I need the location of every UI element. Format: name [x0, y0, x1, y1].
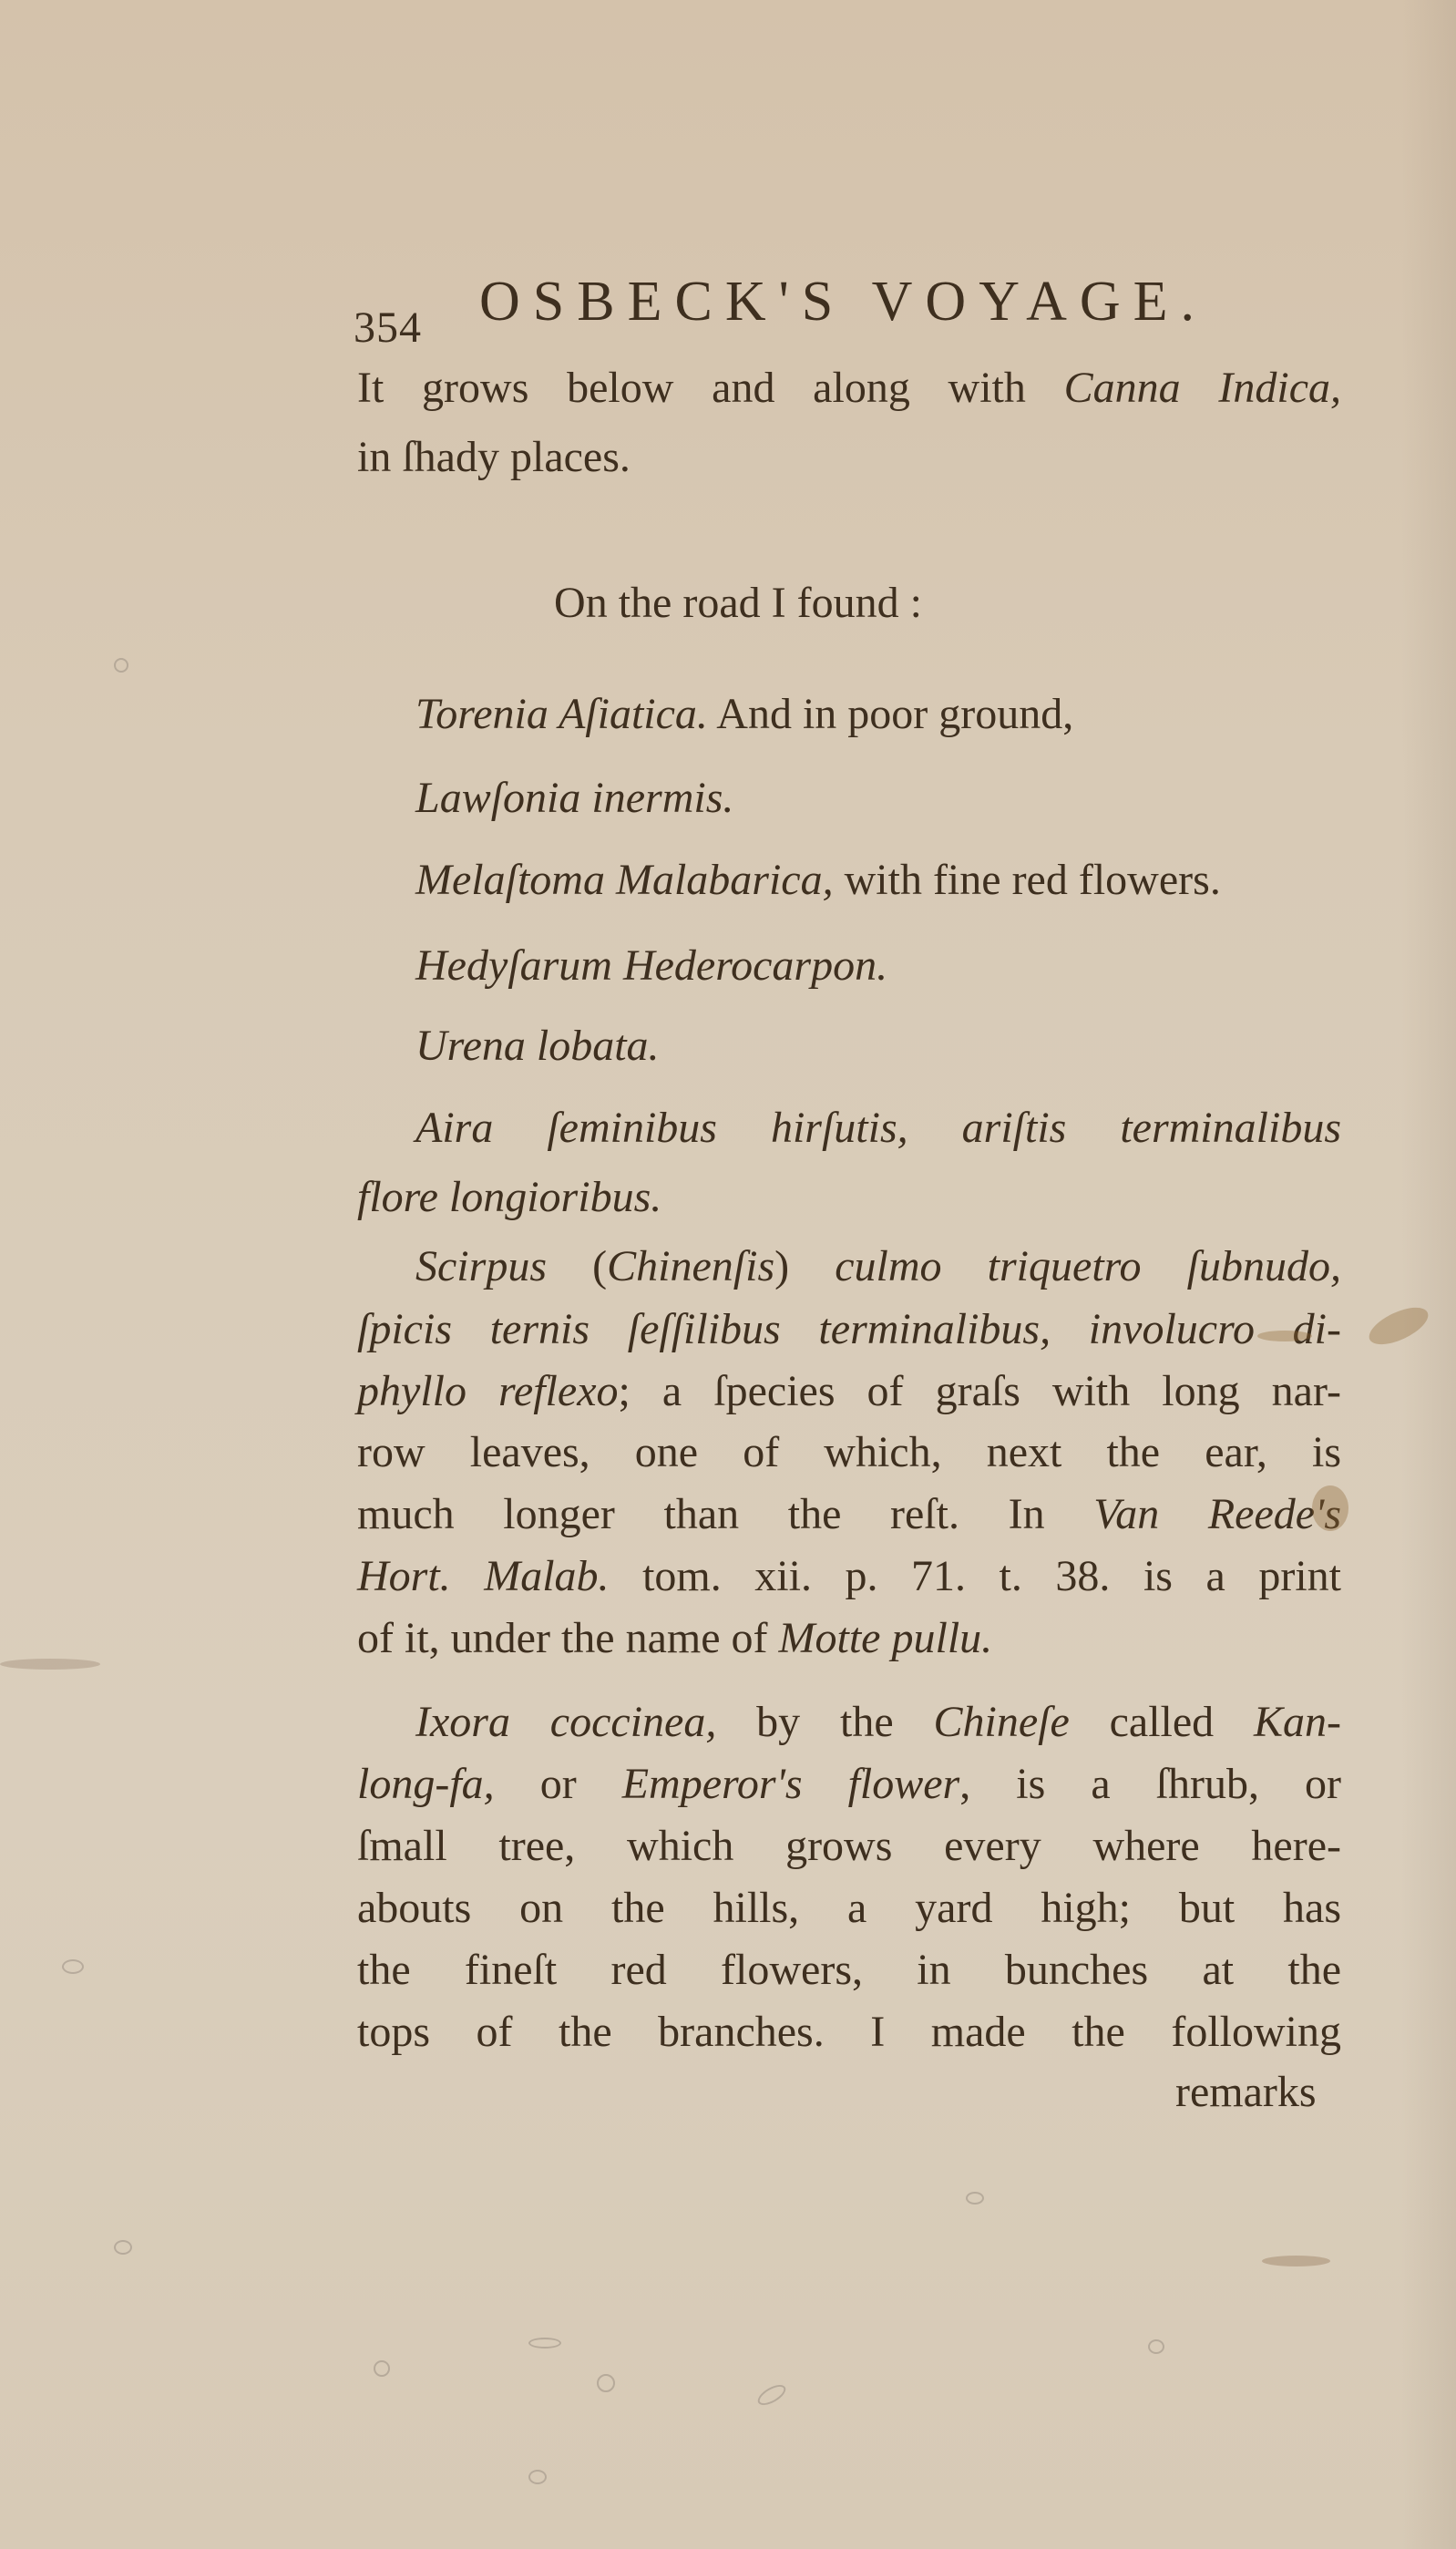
text-line: Scirpus (Chinenſis) culmo triquetro ſubn… [415, 1245, 1341, 1289]
text-line: Torenia Aſiatica. And in poor ground, [415, 693, 1073, 736]
paper-speck [374, 2360, 390, 2377]
text-line: ſmall tree, which grows every where here… [357, 1824, 1341, 1868]
roman-segment: much longer than the reſt. In [357, 1490, 1093, 1538]
roman-segment: tops of the branches. I made the followi… [357, 2008, 1341, 2056]
running-title: OSBECK'S VOYAGE. [479, 270, 1207, 334]
italic-segment: Chinenſis [607, 1242, 774, 1290]
text-line: Urena lobata. [415, 1024, 660, 1068]
italic-segment: flore longioribus. [357, 1173, 661, 1221]
text-line: phyllo reflexo; a ſpecies of graſs with … [357, 1370, 1341, 1413]
italic-segment: Emperor's flower [622, 1760, 960, 1808]
italic-segment: Canna Indica, [1064, 364, 1341, 412]
italic-segment: Torenia Aſiatica. [415, 690, 708, 738]
text-line: Lawſonia inermis. [415, 776, 733, 820]
italic-segment: ſpicis ternis ſeſſilibus terminalibus, i… [357, 1305, 1341, 1353]
text-line: flore longioribus. [357, 1176, 661, 1219]
catchword: remarks [1175, 2071, 1317, 2114]
paper-speck [528, 2338, 561, 2349]
roman-segment: abouts on the hills, a yard high; but ha… [357, 1884, 1341, 1932]
foxing-stain [1312, 1485, 1348, 1531]
roman-segment: by the [716, 1698, 933, 1746]
italic-segment: phyllo reflexo [357, 1367, 619, 1415]
text-line: Hort. Malab. tom. xii. p. 71. t. 38. is … [357, 1555, 1341, 1598]
text-line: row leaves, one of which, next the ear, … [357, 1431, 1341, 1475]
text-line: much longer than the reſt. In Van Reede'… [357, 1493, 1341, 1537]
italic-segment: culmo triquetro ſubnudo, [835, 1242, 1341, 1290]
italic-segment: long-fa, [357, 1760, 495, 1808]
text-line: in ſhady places. [357, 436, 631, 479]
text-line: ſpicis ternis ſeſſilibus terminalibus, i… [357, 1308, 1341, 1352]
edge-mark [0, 1659, 100, 1670]
roman-segment: or [495, 1760, 622, 1808]
paper-speck [1148, 2339, 1164, 2354]
ink-blot [1257, 1331, 1312, 1341]
text-line: Melaſtoma Malabarica, with fine red flow… [415, 858, 1221, 902]
roman-segment: with fine red flowers. [834, 856, 1221, 904]
text-line: Hedyſarum Hederocarpon. [415, 944, 887, 988]
page-edge-shadow [1401, 0, 1456, 2549]
italic-segment: Van Reede's [1093, 1490, 1341, 1538]
roman-segment: It grows below and along with [357, 364, 1064, 412]
italic-segment: Aira ſeminibus hirſutis, ariſtis termina… [415, 1104, 1341, 1152]
roman-segment: ) [774, 1242, 835, 1290]
roman-segment: ſmall tree, which grows every where here… [357, 1822, 1341, 1870]
paper-speck [597, 2374, 615, 2392]
roman-segment: ; a ſpecies of graſs with long nar- [619, 1367, 1341, 1415]
paper-speck [114, 658, 128, 673]
italic-segment: Hort. Malab. [357, 1552, 610, 1600]
italic-segment: Ixora coccinea, [415, 1698, 716, 1746]
page-header: 354 OSBECK'S VOYAGE. [354, 270, 1356, 352]
paper-speck [754, 2381, 788, 2410]
roman-segment: And in poor ground, [708, 690, 1073, 738]
roman-segment: of it, under the name of [357, 1614, 779, 1662]
italic-segment: Scirpus [415, 1242, 547, 1290]
italic-segment: Lawſonia inermis. [415, 774, 733, 822]
paper-speck [966, 2192, 984, 2205]
roman-segment: row leaves, one of which, next the ear, … [357, 1428, 1341, 1476]
italic-segment: Chineſe [933, 1698, 1069, 1746]
text-line: Aira ſeminibus hirſutis, ariſtis termina… [415, 1106, 1341, 1150]
text-line: the fineſt red flowers, in bunches at th… [357, 1948, 1341, 1992]
paper-speck [528, 2470, 547, 2484]
text-line: tops of the branches. I made the followi… [357, 2010, 1341, 2054]
roman-segment: tom. xii. p. 71. t. 38. is a print [610, 1552, 1341, 1600]
italic-segment: Hedyſarum Hederocarpon. [415, 941, 887, 990]
italic-segment: Kan- [1254, 1698, 1341, 1746]
text-line: abouts on the hills, a yard high; but ha… [357, 1886, 1341, 1930]
paper-speck [62, 1959, 84, 1974]
italic-segment: Motte pullu. [779, 1614, 993, 1662]
paper-speck [114, 2240, 132, 2255]
roman-segment: the fineſt red flowers, in bunches at th… [357, 1946, 1341, 1994]
text-line: of it, under the name of Motte pullu. [357, 1617, 992, 1660]
book-page: 354 OSBECK'S VOYAGE. It grows below and … [0, 0, 1456, 2549]
page-number: 354 [354, 303, 422, 353]
text-line: Ixora coccinea, by the Chineſe called Ka… [415, 1701, 1341, 1744]
edge-mark [1262, 2256, 1330, 2266]
roman-segment: in ſhady places. [357, 433, 631, 481]
roman-segment: On the road I found : [554, 579, 922, 627]
italic-segment: Urena lobata. [415, 1022, 660, 1070]
italic-segment: Melaſtoma Malabarica, [415, 856, 834, 904]
roman-segment: ( [547, 1242, 607, 1290]
text-line: On the road I found : [0, 581, 1456, 625]
roman-segment: called [1070, 1698, 1254, 1746]
text-line: It grows below and along with Canna Indi… [357, 366, 1341, 410]
roman-segment: , is a ſhrub, or [959, 1760, 1341, 1808]
text-line: long-fa, or Emperor's flower, is a ſhrub… [357, 1763, 1341, 1806]
